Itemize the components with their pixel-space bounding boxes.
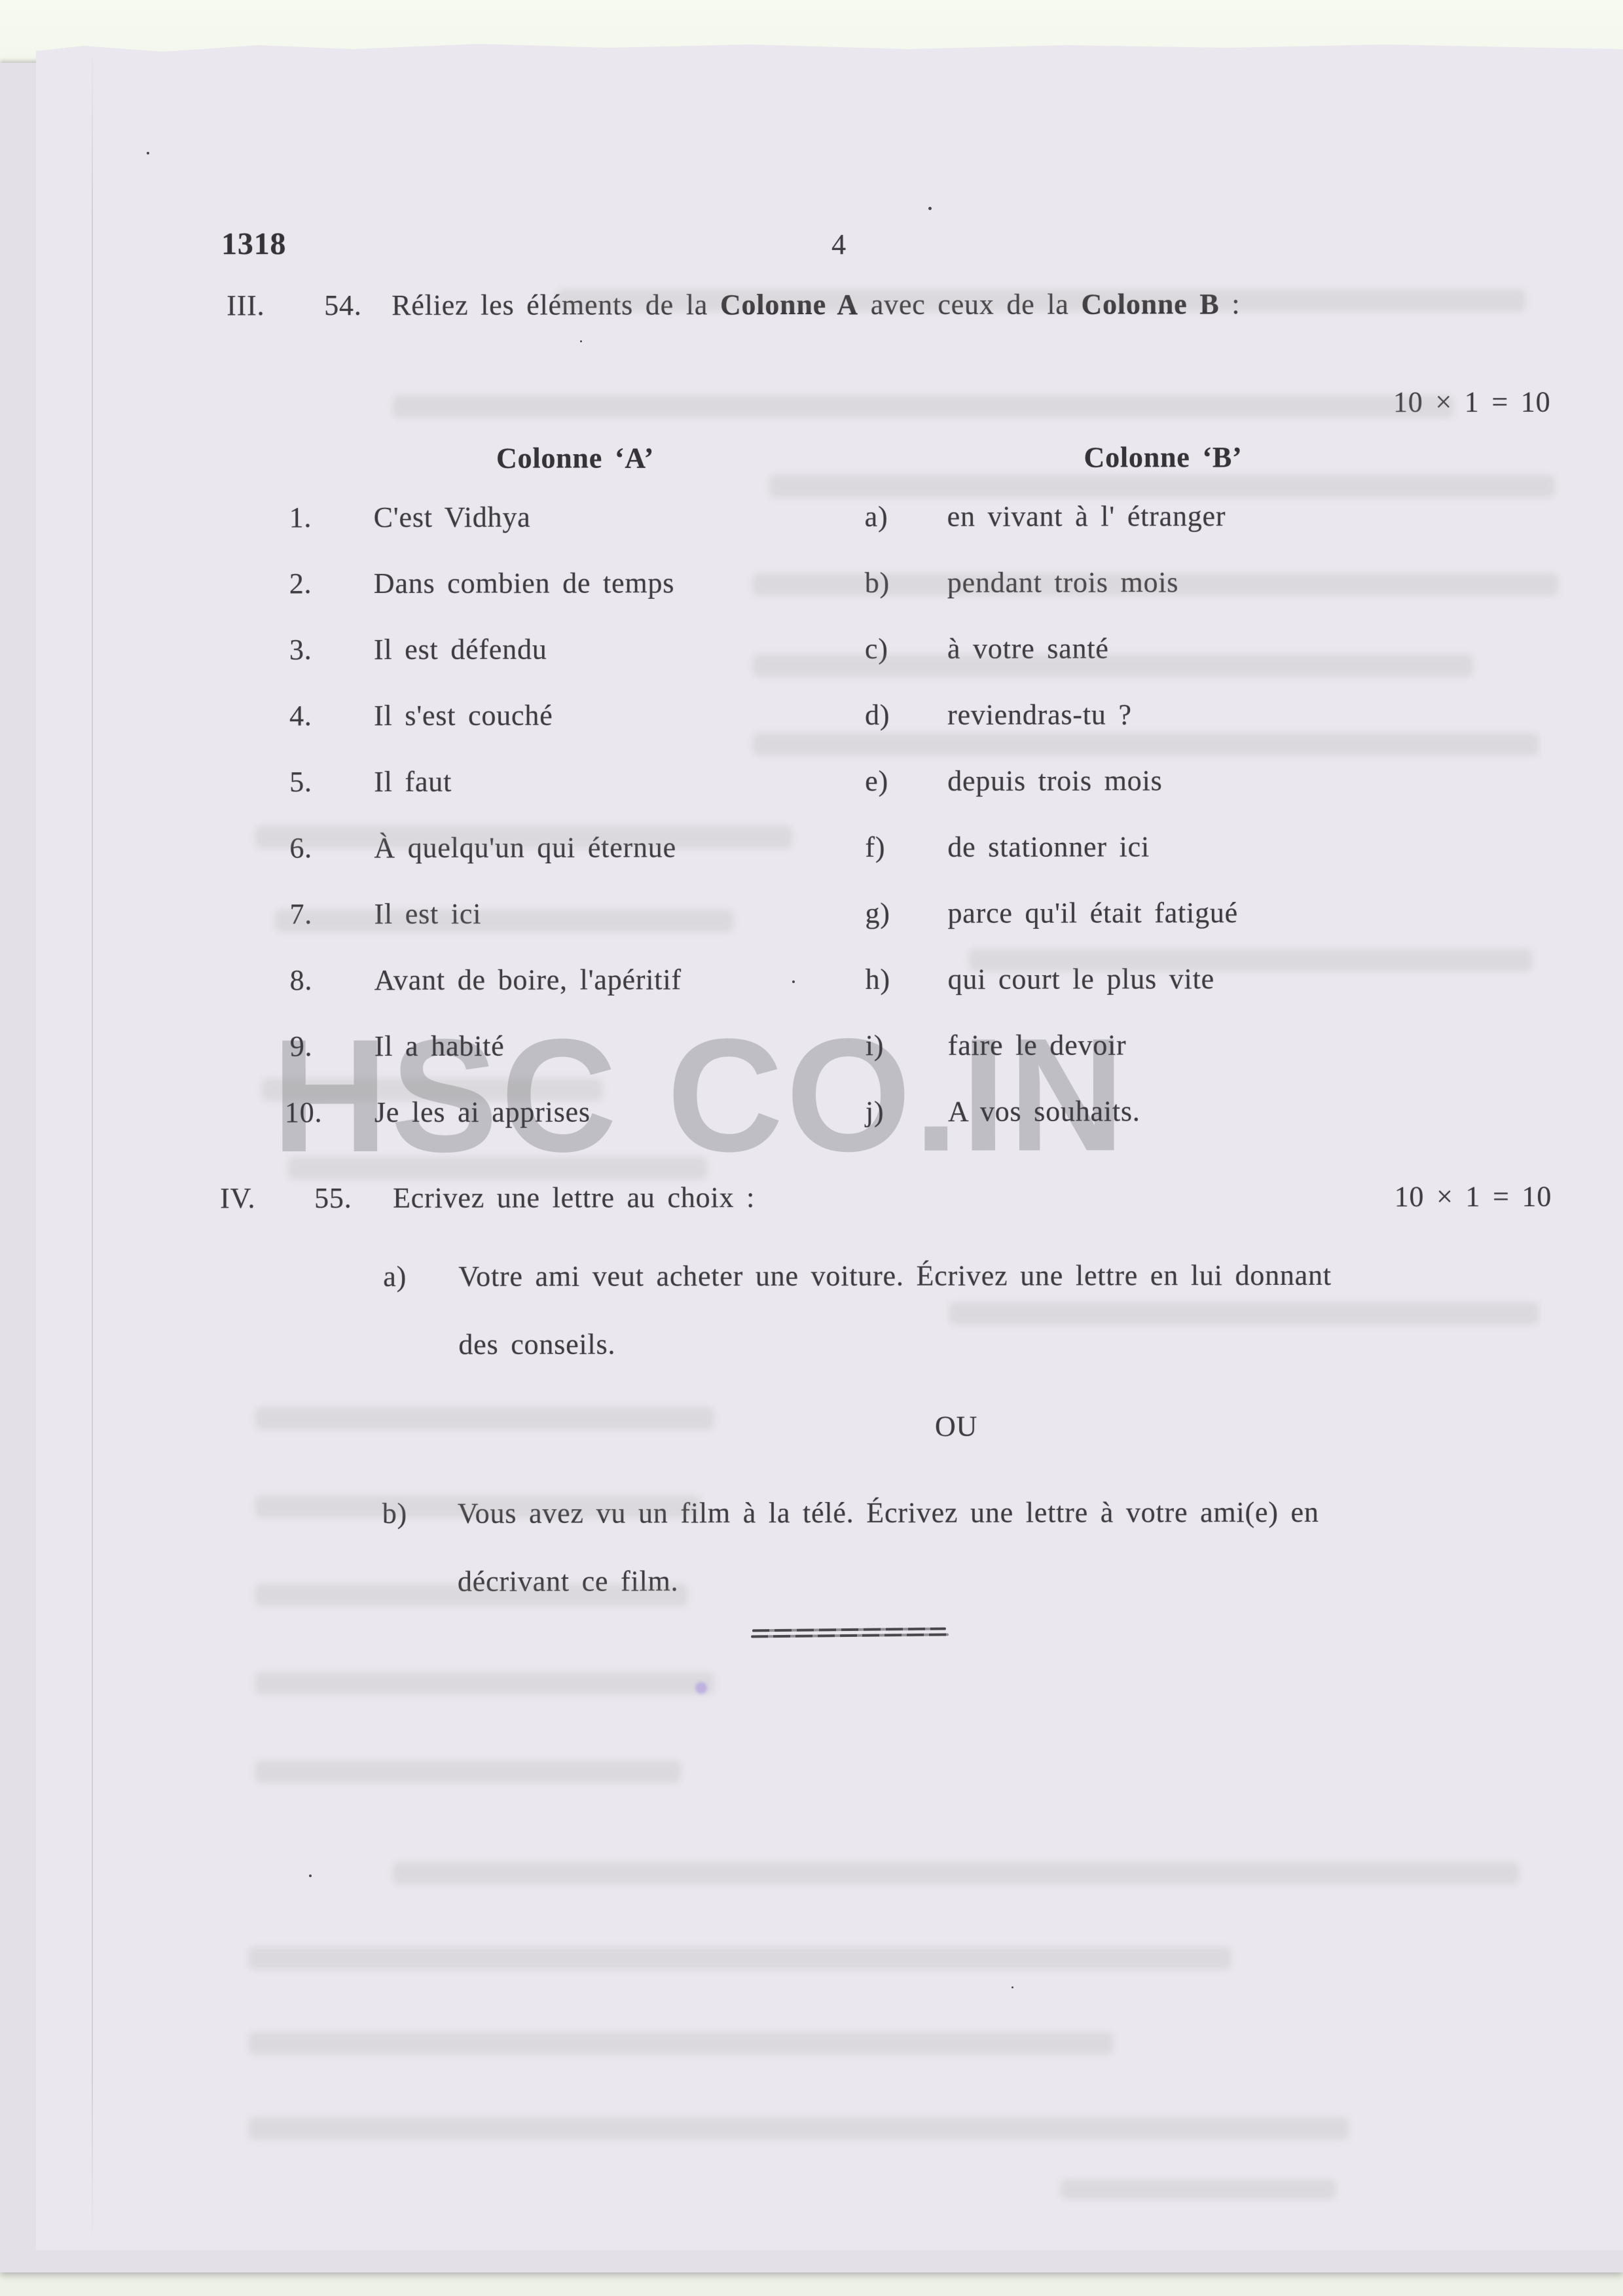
bleedthrough-smudge (249, 2117, 1349, 2140)
match-item-text: Il s'est couché (374, 700, 553, 732)
purple-dot (695, 1682, 707, 1694)
column-a-header: Colonne ‘A’ (450, 442, 699, 475)
question-intro: Ecrivez une lettre au choix : (393, 1182, 755, 1214)
bleedthrough-smudge (255, 826, 792, 848)
bleedthrough-smudge (255, 1584, 687, 1606)
ink-speck (147, 152, 149, 154)
match-item-letter: j) (866, 1096, 884, 1128)
option-label: a) (383, 1261, 407, 1293)
option-text: Votre ami veut acheter une voiture. Écri… (458, 1260, 1332, 1293)
divider-stroke (752, 1627, 946, 1632)
match-item-text: A vos souhaits. (948, 1096, 1140, 1128)
bleedthrough-smudge (249, 1947, 1231, 1969)
match-item-text: Dans combien de temps (374, 567, 674, 600)
match-item-number: 10. (285, 1097, 322, 1128)
match-item-text: de stationner ici (947, 831, 1150, 863)
match-item-text: Avant de boire, l'apéritif (374, 964, 682, 996)
bleedthrough-smudge (1061, 2179, 1336, 2199)
bleedthrough-smudge (393, 395, 1453, 418)
question-number: 55. (314, 1183, 352, 1214)
match-item-text: faire le devoir (948, 1030, 1127, 1062)
match-item-text: Il est défendu (374, 634, 547, 666)
match-item-letter: a) (865, 501, 888, 533)
bleedthrough-smudge (275, 910, 733, 932)
match-item-letter: i) (866, 1030, 884, 1062)
bleedthrough-smudge (556, 289, 1525, 312)
match-item-number: 5. (289, 766, 312, 798)
match-item-letter: d) (865, 700, 890, 731)
bleedthrough-smudge (249, 2032, 1113, 2054)
bleedthrough-smudge (255, 1672, 714, 1695)
bleedthrough-smudge (769, 475, 1555, 497)
match-item-number: 2. (289, 568, 312, 600)
bleedthrough-smudge (969, 949, 1532, 971)
bleedthrough-smudge (753, 655, 1473, 677)
match-item-number: 9. (290, 1031, 313, 1062)
option-text: des conseils. (458, 1329, 615, 1361)
ink-speck (928, 207, 932, 210)
match-item-number: 8. (290, 965, 313, 996)
section-numeral: III. (227, 290, 264, 321)
section-numeral: IV. (220, 1183, 255, 1214)
match-item-letter: g) (865, 898, 890, 929)
match-item-number: 3. (289, 634, 312, 666)
bleedthrough-smudge (255, 1761, 681, 1783)
ink-speck (309, 1874, 312, 1877)
divider-stroke (751, 1633, 949, 1638)
question-number: 54. (324, 290, 361, 321)
match-item-number: 1. (289, 502, 312, 533)
end-divider-line (752, 1627, 950, 1640)
match-item-text: Il a habité (374, 1031, 505, 1063)
page-number: 4 (831, 229, 847, 260)
bleedthrough-smudge (393, 1862, 1519, 1884)
bleedthrough-smudge (262, 1079, 602, 1101)
bleedthrough-smudge (753, 733, 1539, 755)
marks: 10 × 1 = 10 (1355, 1181, 1552, 1213)
bleedthrough-smudge (949, 1302, 1539, 1325)
bleedthrough-smudge (753, 573, 1558, 596)
column-b-header: Colonne ‘B’ (1045, 442, 1281, 474)
match-item-text: Il faut (374, 766, 452, 798)
match-item-number: 4. (289, 700, 312, 732)
match-item-text: parce qu'il était fatigué (947, 897, 1238, 929)
match-item-letter: e) (865, 766, 888, 797)
ink-speck (1012, 1986, 1013, 1988)
or-separator: OU (884, 1411, 1029, 1443)
match-item-text: en vivant à l' étranger (947, 501, 1226, 533)
match-item-text: depuis trois mois (947, 765, 1162, 797)
bleedthrough-smudge (255, 1496, 701, 1518)
match-item-text: Je les ai apprises (374, 1096, 591, 1128)
exam-code: 1318 (221, 227, 286, 262)
match-item-text: reviendras-tu ? (947, 699, 1132, 731)
bleedthrough-smudge (255, 1407, 714, 1429)
match-item-text: C'est Vidhya (374, 502, 531, 534)
match-item-letter: f) (865, 832, 885, 863)
match-item-letter: h) (866, 964, 890, 996)
ink-speck (580, 340, 582, 342)
ink-speck (792, 980, 795, 983)
bleedthrough-smudge (288, 1157, 707, 1179)
